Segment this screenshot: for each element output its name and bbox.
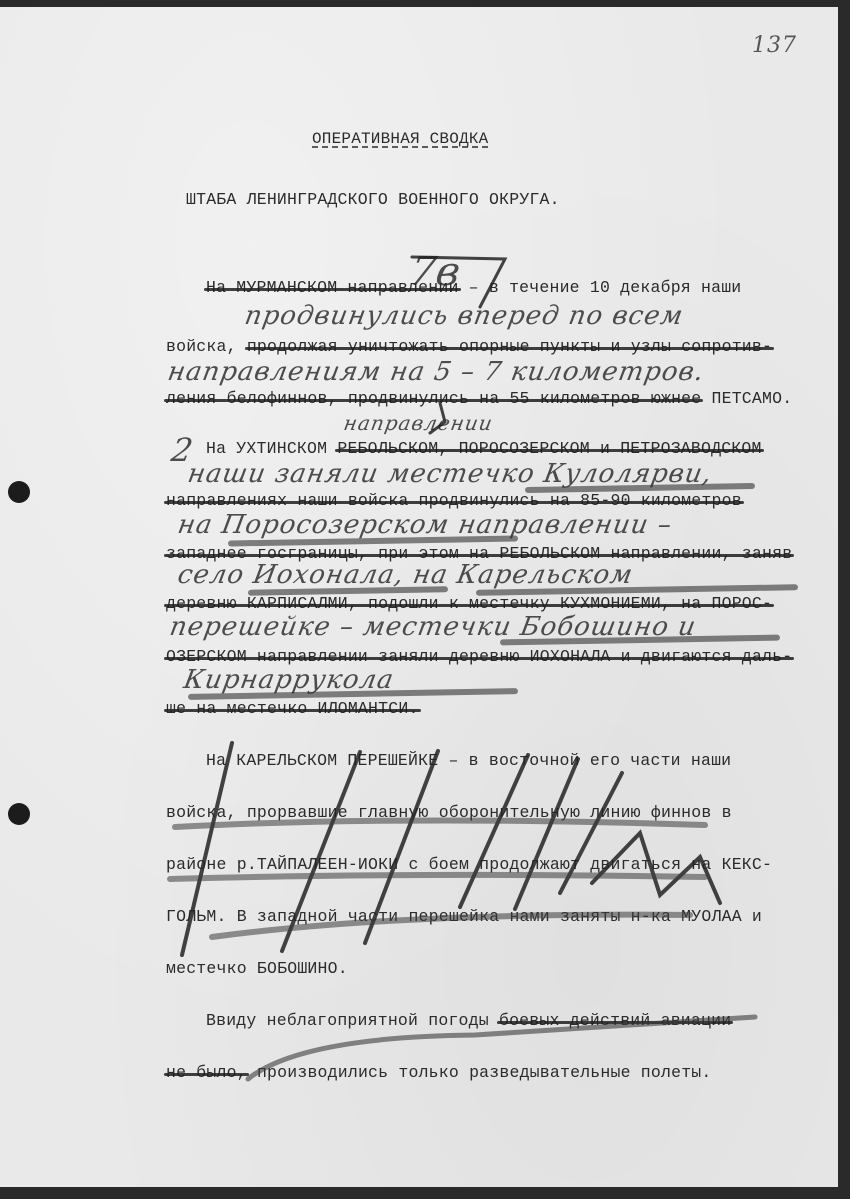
typed-text: Ввиду неблагоприятной погоды bbox=[206, 1011, 489, 1030]
punch-hole bbox=[8, 481, 30, 503]
struck-text: ше на местечко ИЛОМАНТСИ. bbox=[166, 699, 419, 718]
p2-line4: деревню КАРПИСАЛМИ, подошли к местечку К… bbox=[166, 594, 772, 613]
handwritten-insert: направлениям на 5 – 7 километров. bbox=[165, 357, 706, 387]
p1-line1: На МУРМАНСКОМ направлении – в течение 10… bbox=[206, 278, 741, 297]
p3-line1: На КАРЕЛЬСКОМ ПЕРЕШЕЙКЕ – в восточной ег… bbox=[206, 751, 731, 770]
p3-line4: ГОЛЬМ. В западной части перешейка нами з… bbox=[166, 907, 762, 926]
struck-text: деревню КАРПИСАЛМИ, подошли к местечку К… bbox=[166, 594, 772, 613]
handwritten-insert: на Поросозерском направлении – bbox=[175, 510, 674, 540]
p3-line2: войска, прорвавшие главную оборонительну… bbox=[166, 803, 732, 822]
margin-mark: 7в bbox=[406, 249, 465, 295]
struck-text: не было, bbox=[166, 1063, 247, 1082]
struck-text: боевых действий авиации bbox=[499, 1011, 731, 1030]
p1-line2: войска, продолжая уничтожать опорные пун… bbox=[166, 337, 772, 356]
p2-line1: На УХТИНСКОМ РЕБОЛЬСКОМ, ПОРОСОЗЕРСКОМ и… bbox=[206, 439, 762, 458]
struck-text: ОЗЕРСКОМ направлении заняли деревню ИОХО… bbox=[166, 647, 792, 666]
document-subtitle: ШТАБА ЛЕНИНГРАДСКОГО ВОЕННОГО ОКРУГА. bbox=[186, 190, 560, 209]
p4-line1: Ввиду неблагоприятной погоды боевых дейс… bbox=[206, 1011, 731, 1030]
page-number: 137 bbox=[752, 33, 797, 58]
typed-text: войска, bbox=[166, 337, 237, 356]
p2-line5: ОЗЕРСКОМ направлении заняли деревню ИОХО… bbox=[166, 647, 792, 666]
p3-line5: местечко БОБОШИНО. bbox=[166, 959, 348, 978]
struck-text: продолжая уничтожать опорные пункты и уз… bbox=[247, 337, 772, 356]
struck-text: РЕБОЛЬСКОМ, ПОРОСОЗЕРСКОМ и ПЕТРОЗАВОДСК… bbox=[337, 439, 761, 458]
document-title: ОПЕРАТИВНАЯ СВОДКА bbox=[312, 130, 488, 148]
p2-line2: направлениях наши войска продвинулись на… bbox=[166, 491, 742, 510]
handwritten-insert: направлении bbox=[342, 411, 495, 435]
p2-line6: ше на местечко ИЛОМАНТСИ. bbox=[166, 699, 419, 718]
p1-line3: ления белофиннов, продвинулись на 55 кил… bbox=[166, 389, 792, 408]
typed-text: – в течение 10 декабря наши bbox=[469, 278, 742, 297]
document-page: 137 ОПЕРАТИВНАЯ СВОДКА ШТАБА ЛЕНИНГРАДСК… bbox=[0, 7, 838, 1187]
struck-text: направлениях наши войска продвинулись на… bbox=[166, 491, 742, 510]
typed-text: На УХТИНСКОМ bbox=[206, 439, 327, 458]
struck-text: ления белофиннов, продвинулись на 55 кил… bbox=[166, 389, 701, 408]
p3-line3: районе р.ТАЙПАЛЕЕН-ИОКИ с боем продолжаю… bbox=[166, 855, 772, 874]
handwritten-insert: село Иохонала, на Карельском bbox=[175, 560, 635, 590]
p4-line2: не было, производились только разведыват… bbox=[166, 1063, 712, 1082]
typed-text: производились только разведывательные по… bbox=[257, 1063, 712, 1082]
typed-text: ПЕТСАМО. bbox=[712, 389, 793, 408]
handwritten-insert: продвинулись вперед по всем bbox=[242, 301, 686, 331]
punch-hole bbox=[8, 803, 30, 825]
